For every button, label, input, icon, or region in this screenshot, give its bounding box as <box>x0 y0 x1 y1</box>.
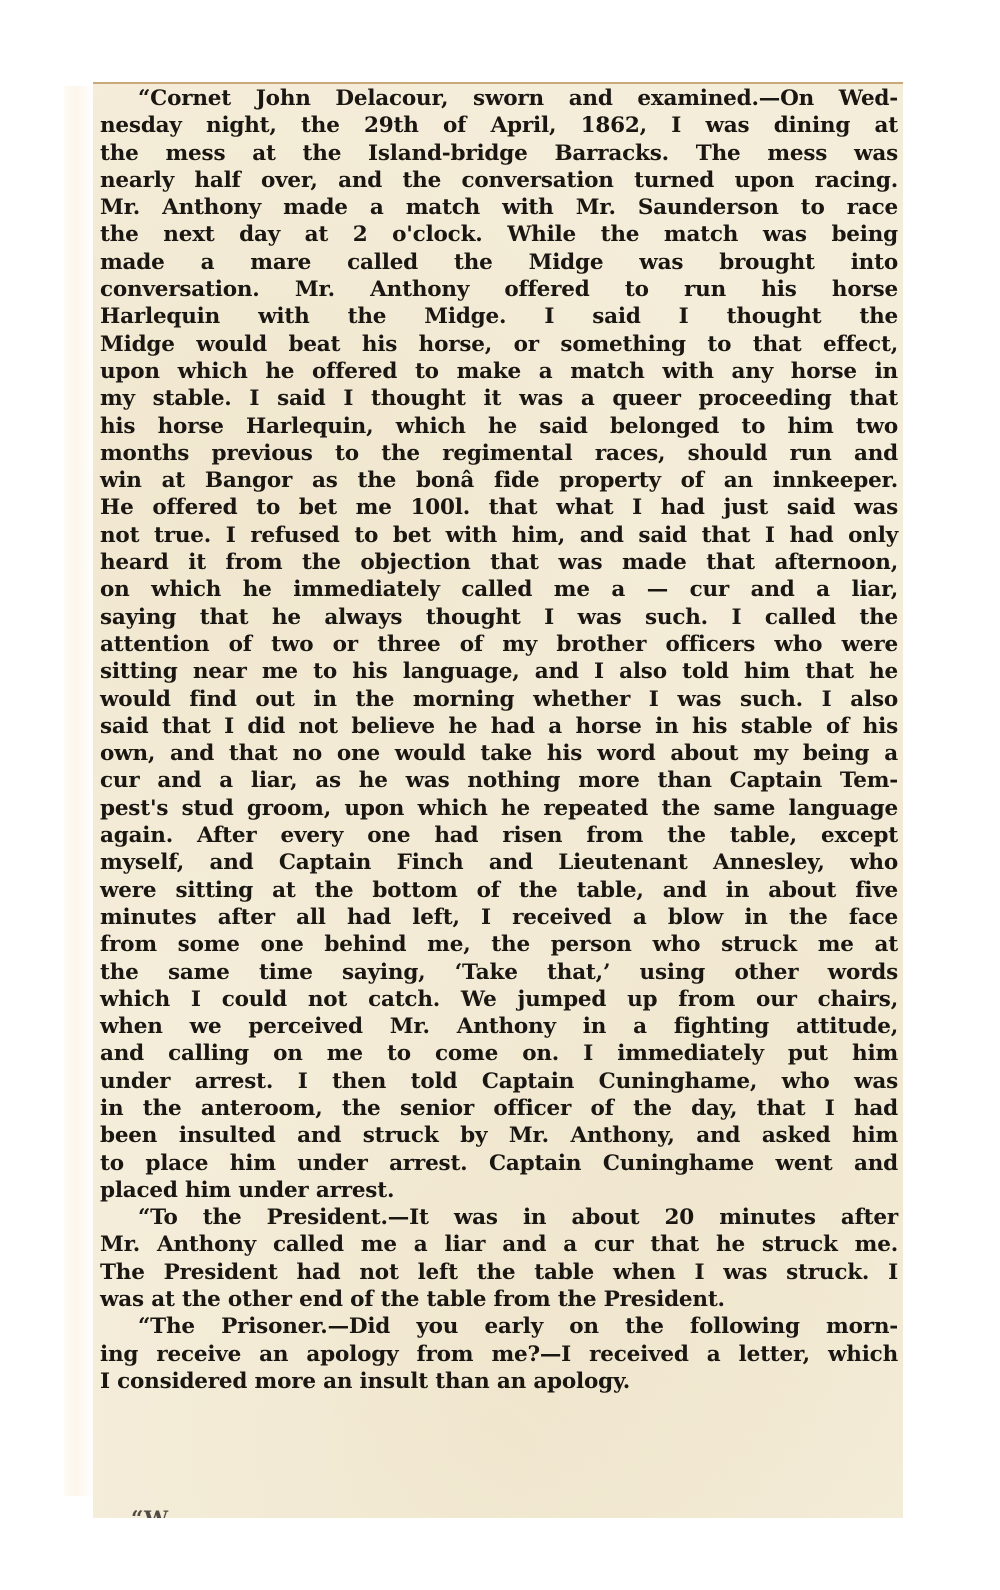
text-line: nearly half over, and the conversation t… <box>100 167 898 194</box>
text-line: saying that he always thought I was such… <box>100 604 898 631</box>
text-line: under arrest. I then told Captain Cuning… <box>100 1068 898 1095</box>
text-line: made a mare called the Midge was brought… <box>100 249 898 276</box>
text-line: when we perceived Mr. Anthony in a fight… <box>100 1013 898 1040</box>
text-line: months previous to the regimental races,… <box>100 440 898 467</box>
text-line: pest's stud groom, upon which he repeate… <box>100 795 898 822</box>
text-line: the same time saying, ‘Take that,’ using… <box>100 959 898 986</box>
text-line: his horse Harlequin, which he said belon… <box>100 413 898 440</box>
text-line: own, and that no one would take his word… <box>100 740 898 767</box>
text-line: again. After every one had risen from th… <box>100 822 898 849</box>
cut-off-line: “W . . . <box>93 1506 903 1518</box>
text-line: and calling on me to come on. I immediat… <box>100 1040 898 1067</box>
text-line: The President had not left the table whe… <box>100 1259 898 1286</box>
text-line: said that I did not believe he had a hor… <box>100 713 898 740</box>
text-line: I considered more an insult than an apol… <box>100 1368 898 1395</box>
text-line: attention of two or three of my brother … <box>100 631 898 658</box>
newspaper-clipping: “Cornet John Delacour, sworn and examine… <box>93 82 903 1518</box>
text-line: my stable. I said I thought it was a que… <box>100 385 898 412</box>
text-line: Mr. Anthony made a match with Mr. Saunde… <box>100 194 898 221</box>
text-line: not true. I refused to bet with him, and… <box>100 522 898 549</box>
text-line: sitting near me to his language, and I a… <box>100 658 898 685</box>
scan-border <box>64 86 94 1496</box>
text-line: win at Bangor as the bonâ fide property … <box>100 467 898 494</box>
text-line: heard it from the objection that was mad… <box>100 549 898 576</box>
text-line: the mess at the Island-bridge Barracks. … <box>100 140 898 167</box>
text-line: been insulted and struck by Mr. Anthony,… <box>100 1122 898 1149</box>
text-line: Midge would beat his horse, or something… <box>100 331 898 358</box>
text-line: the next day at 2 o'clock. While the mat… <box>100 221 898 248</box>
text-line: in the anteroom, the senior officer of t… <box>100 1095 898 1122</box>
text-line: myself, and Captain Finch and Lieutenant… <box>100 849 898 876</box>
text-line: “The Prisoner.—Did you early on the foll… <box>100 1313 898 1340</box>
text-line: He offered to bet me 100l. that what I h… <box>100 494 898 521</box>
text-line: placed him under arrest. <box>100 1177 898 1204</box>
text-line: Mr. Anthony called me a liar and a cur t… <box>100 1231 898 1258</box>
text-line: on which he immediately called me a — cu… <box>100 576 898 603</box>
text-line: to place him under arrest. Captain Cunin… <box>100 1150 898 1177</box>
text-line: cur and a liar, as he was nothing more t… <box>100 767 898 794</box>
text-line: nesday night, the 29th of April, 1862, I… <box>100 112 898 139</box>
text-line: minutes after all had left, I received a… <box>100 904 898 931</box>
text-line: which I could not catch. We jumped up fr… <box>100 986 898 1013</box>
text-line: was at the other end of the table from t… <box>100 1286 898 1313</box>
text-line: conversation. Mr. Anthony offered to run… <box>100 276 898 303</box>
text-line: upon which he offered to make a match wi… <box>100 358 898 385</box>
text-line: were sitting at the bottom of the table,… <box>100 877 898 904</box>
text-line: “To the President.—It was in about 20 mi… <box>100 1204 898 1231</box>
article-text: “Cornet John Delacour, sworn and examine… <box>100 85 898 1395</box>
text-line: Harlequin with the Midge. I said I thoug… <box>100 303 898 330</box>
text-line: from some one behind me, the person who … <box>100 931 898 958</box>
text-line: ing receive an apology from me?—I receiv… <box>100 1341 898 1368</box>
text-line: would find out in the morning whether I … <box>100 686 898 713</box>
text-line: “Cornet John Delacour, sworn and examine… <box>100 85 898 112</box>
